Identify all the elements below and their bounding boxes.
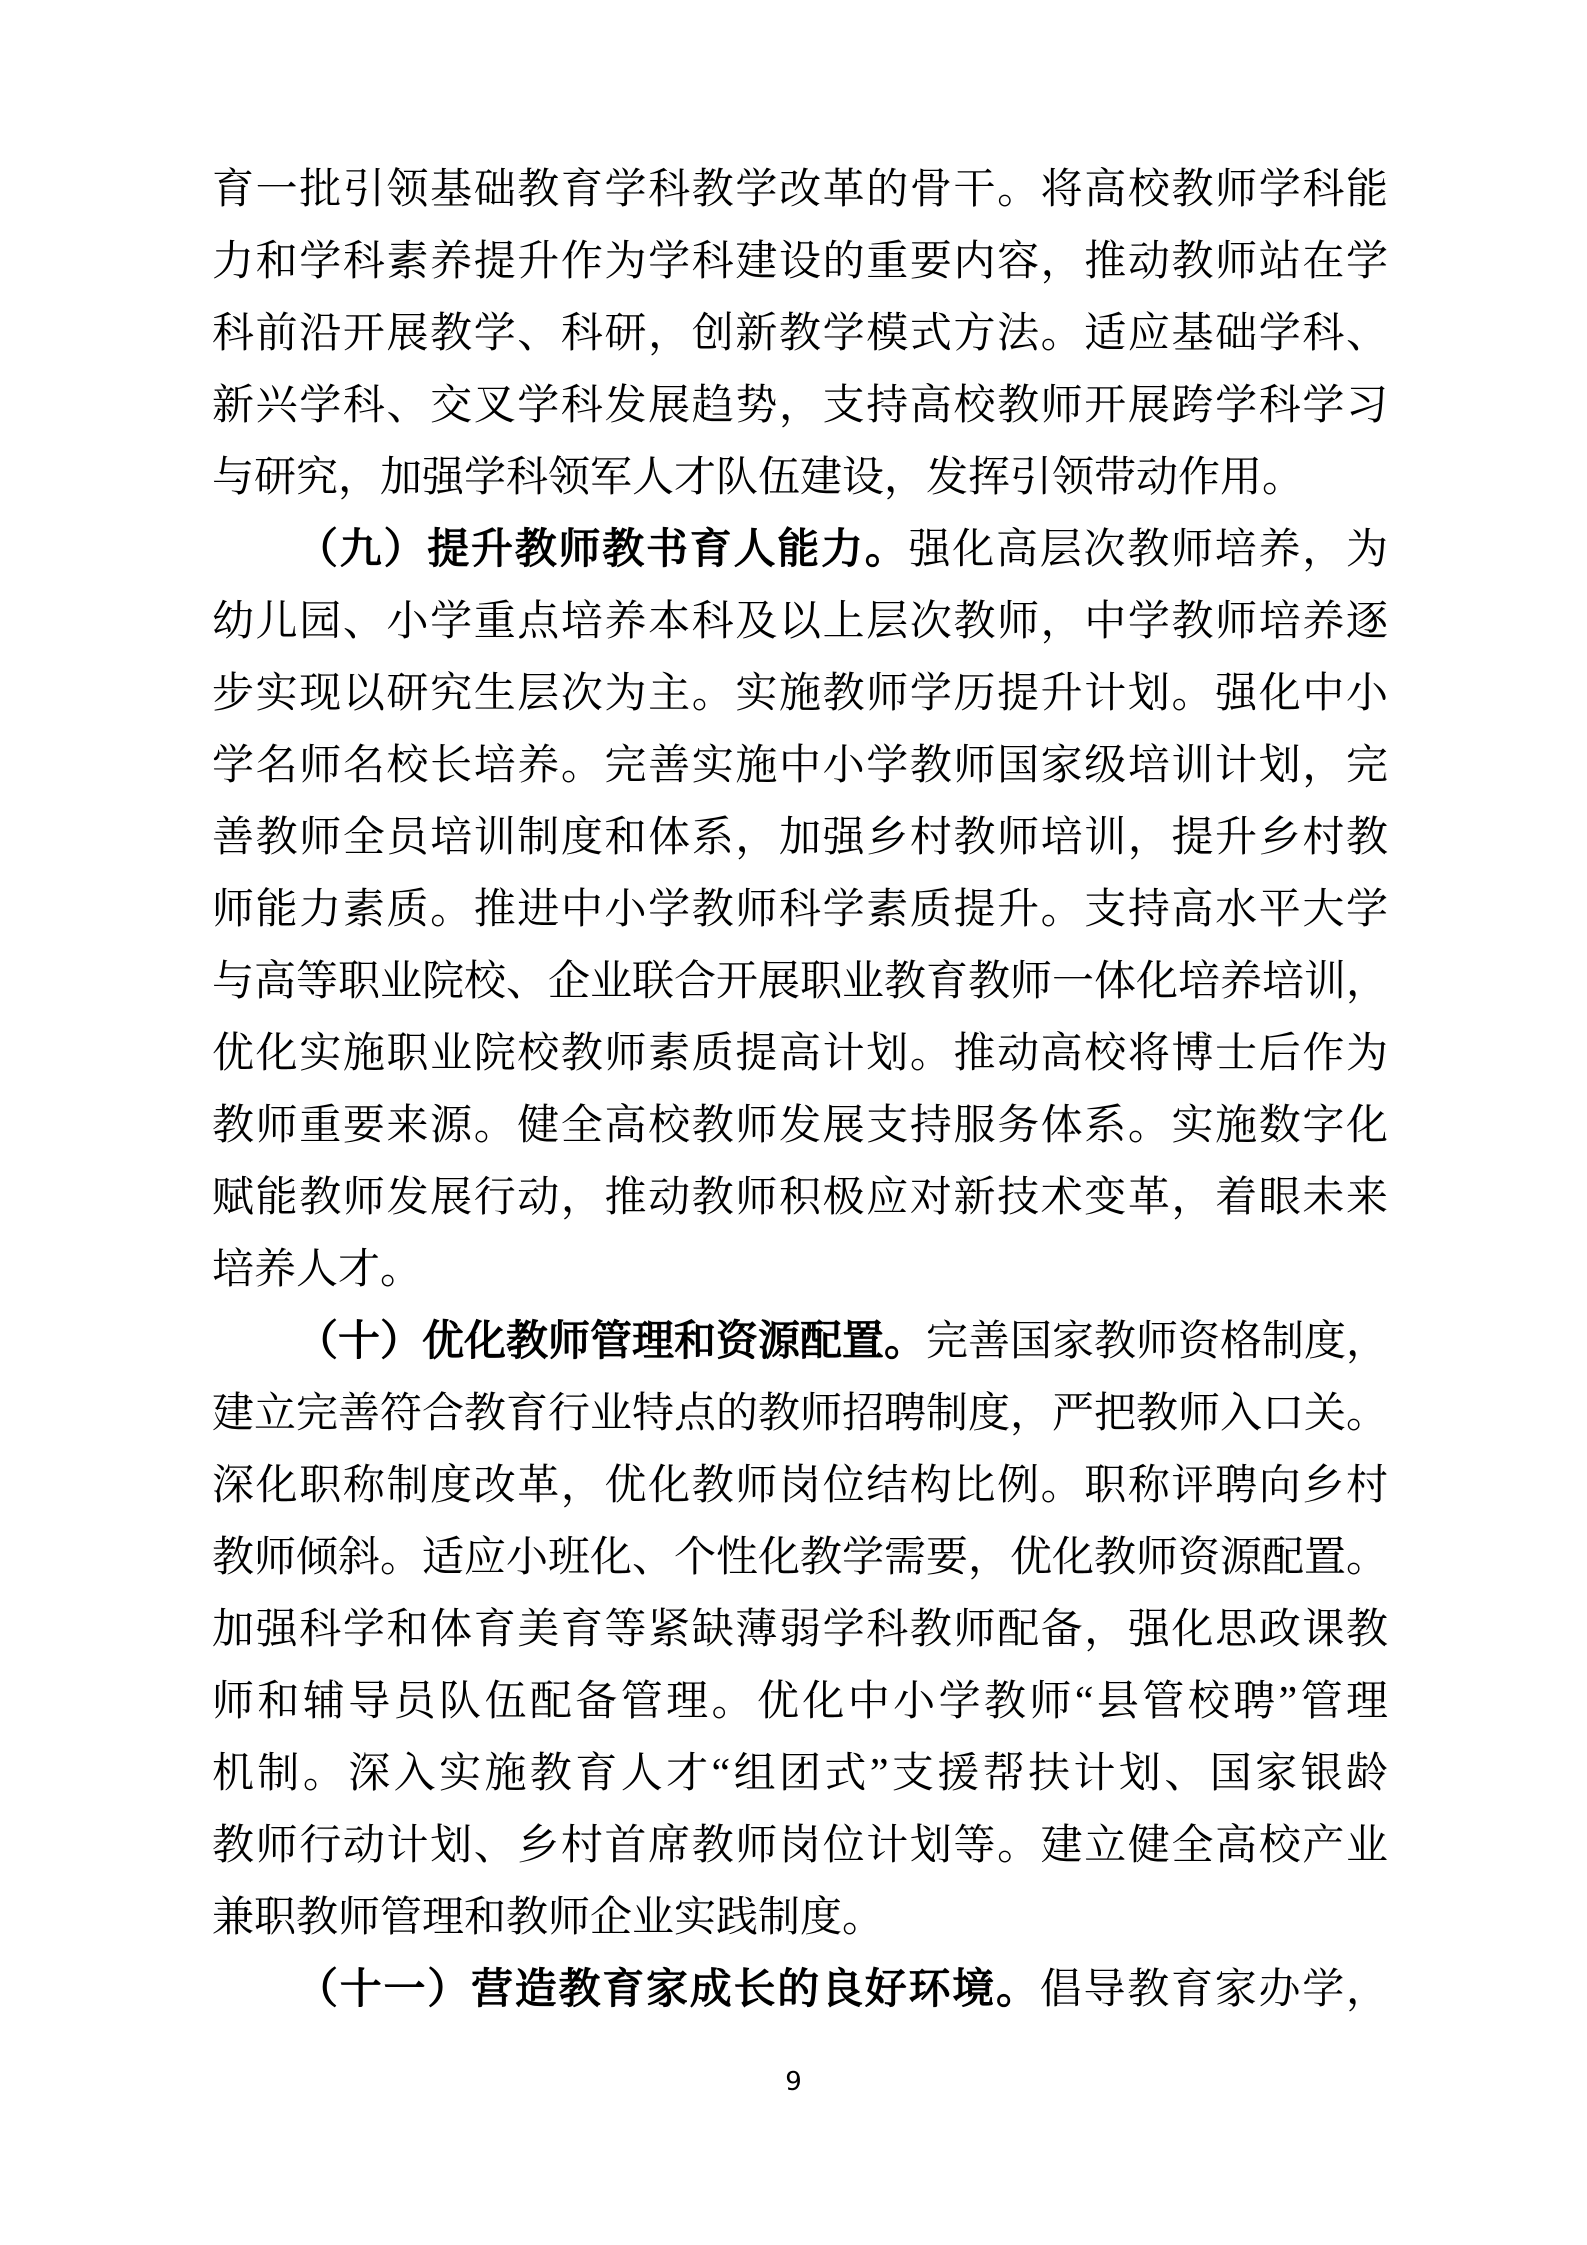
section-heading: （十一）营造教育家成长的良好环境。 [296, 1967, 1040, 2013]
text-line-14: 教师重要来源。健全高校教师发展支持服务体系。实施数字化 [212, 1090, 1388, 1162]
body-text: 建立完善符合教育行业特点的教师招聘制度，严把教师入口关。 [212, 1391, 1388, 1437]
body-text: 步实现以研究生层次为主。实施教师学历提升计划。强化中小 [212, 671, 1388, 717]
body-text: 与高等职业院校、企业联合开展职业教育教师一体化培养培训， [212, 959, 1388, 1005]
body-text: 赋能教师发展行动，推动教师积极应对新技术变革，着眼未来 [212, 1175, 1388, 1221]
page-number: 9 [0, 2067, 1587, 2097]
body-text: 教师倾斜。适应小班化、个性化教学需要，优化教师资源配置。 [212, 1535, 1388, 1581]
text-line-26: （十一）营造教育家成长的良好环境。倡导教育家办学， [212, 1954, 1388, 2026]
text-line-18: 建立完善符合教育行业特点的教师招聘制度，严把教师入口关。 [212, 1378, 1388, 1450]
text-line-7: 幼儿园、小学重点培养本科及以上层次教师，中学教师培养逐 [212, 586, 1388, 658]
body-text: 科前沿开展教学、科研，创新教学模式方法。适应基础学科、 [212, 311, 1388, 357]
text-line-9: 学名师名校长培养。完善实施中小学教师国家级培训计划，完 [212, 730, 1388, 802]
text-line-19: 深化职称制度改革，优化教师岗位结构比例。职称评聘向乡村 [212, 1450, 1388, 1522]
text-line-2: 力和学科素养提升作为学科建设的重要内容，推动教师站在学 [212, 226, 1388, 298]
text-line-11: 师能力素质。推进中小学教师科学素质提升。支持高水平大学 [212, 874, 1388, 946]
text-line-23: 机制。深入实施教育人才“组团式”支援帮扶计划、国家银龄 [212, 1738, 1388, 1810]
text-line-20: 教师倾斜。适应小班化、个性化教学需要，优化教师资源配置。 [212, 1522, 1388, 1594]
body-text: 完善国家教师资格制度， [926, 1319, 1388, 1365]
body-text: 幼儿园、小学重点培养本科及以上层次教师，中学教师培养逐 [212, 599, 1388, 645]
section-heading: （九）提升教师教书育人能力。 [296, 527, 908, 573]
body-text: 善教师全员培训制度和体系，加强乡村教师培训，提升乡村教 [212, 815, 1388, 861]
body-text: 学名师名校长培养。完善实施中小学教师国家级培训计划，完 [212, 743, 1388, 789]
body-text: 机制。深入实施教育人才“组团式”支援帮扶计划、国家银龄 [212, 1751, 1388, 1797]
body-text: 兼职教师管理和教师企业实践制度。 [212, 1895, 884, 1941]
document-text: 育一批引领基础教育学科教学改革的骨干。将高校教师学科能力和学科素养提升作为学科建… [212, 154, 1388, 2026]
text-line-8: 步实现以研究生层次为主。实施教师学历提升计划。强化中小 [212, 658, 1388, 730]
body-text: 与研究，加强学科领军人才队伍建设，发挥引领带动作用。 [212, 455, 1304, 501]
text-line-4: 新兴学科、交叉学科发展趋势，支持高校教师开展跨学科学习 [212, 370, 1388, 442]
body-text: 倡导教育家办学， [1040, 1967, 1388, 2013]
body-text: 优化实施职业院校教师素质提高计划。推动高校将博士后作为 [212, 1031, 1388, 1077]
text-line-12: 与高等职业院校、企业联合开展职业教育教师一体化培养培训， [212, 946, 1388, 1018]
document-page: 育一批引领基础教育学科教学改革的骨干。将高校教师学科能力和学科素养提升作为学科建… [0, 0, 1587, 2245]
text-line-1: 育一批引领基础教育学科教学改革的骨干。将高校教师学科能 [212, 154, 1388, 226]
body-text: 新兴学科、交叉学科发展趋势，支持高校教师开展跨学科学习 [212, 383, 1388, 429]
body-text: 力和学科素养提升作为学科建设的重要内容，推动教师站在学 [212, 239, 1388, 285]
body-text: 师和辅导员队伍配备管理。优化中小学教师“县管校聘”管理 [212, 1679, 1388, 1725]
text-line-6: （九）提升教师教书育人能力。强化高层次教师培养，为 [212, 514, 1388, 586]
body-text: 加强科学和体育美育等紧缺薄弱学科教师配备，强化思政课教 [212, 1607, 1388, 1653]
body-text: 强化高层次教师培养，为 [908, 527, 1388, 573]
text-line-16: 培养人才。 [212, 1234, 1388, 1306]
text-line-15: 赋能教师发展行动，推动教师积极应对新技术变革，着眼未来 [212, 1162, 1388, 1234]
text-line-17: （十）优化教师管理和资源配置。完善国家教师资格制度， [212, 1306, 1388, 1378]
body-text: 育一批引领基础教育学科教学改革的骨干。将高校教师学科能 [212, 167, 1388, 213]
body-text: 培养人才。 [212, 1247, 422, 1293]
text-line-25: 兼职教师管理和教师企业实践制度。 [212, 1882, 1388, 1954]
text-line-22: 师和辅导员队伍配备管理。优化中小学教师“县管校聘”管理 [212, 1666, 1388, 1738]
section-heading: （十）优化教师管理和资源配置。 [296, 1319, 926, 1365]
text-line-24: 教师行动计划、乡村首席教师岗位计划等。建立健全高校产业 [212, 1810, 1388, 1882]
text-line-21: 加强科学和体育美育等紧缺薄弱学科教师配备，强化思政课教 [212, 1594, 1388, 1666]
body-text: 深化职称制度改革，优化教师岗位结构比例。职称评聘向乡村 [212, 1463, 1388, 1509]
text-line-5: 与研究，加强学科领军人才队伍建设，发挥引领带动作用。 [212, 442, 1388, 514]
text-line-13: 优化实施职业院校教师素质提高计划。推动高校将博士后作为 [212, 1018, 1388, 1090]
text-line-10: 善教师全员培训制度和体系，加强乡村教师培训，提升乡村教 [212, 802, 1388, 874]
body-text: 教师行动计划、乡村首席教师岗位计划等。建立健全高校产业 [212, 1823, 1388, 1869]
text-line-3: 科前沿开展教学、科研，创新教学模式方法。适应基础学科、 [212, 298, 1388, 370]
body-text: 教师重要来源。健全高校教师发展支持服务体系。实施数字化 [212, 1103, 1388, 1149]
body-text: 师能力素质。推进中小学教师科学素质提升。支持高水平大学 [212, 887, 1388, 933]
